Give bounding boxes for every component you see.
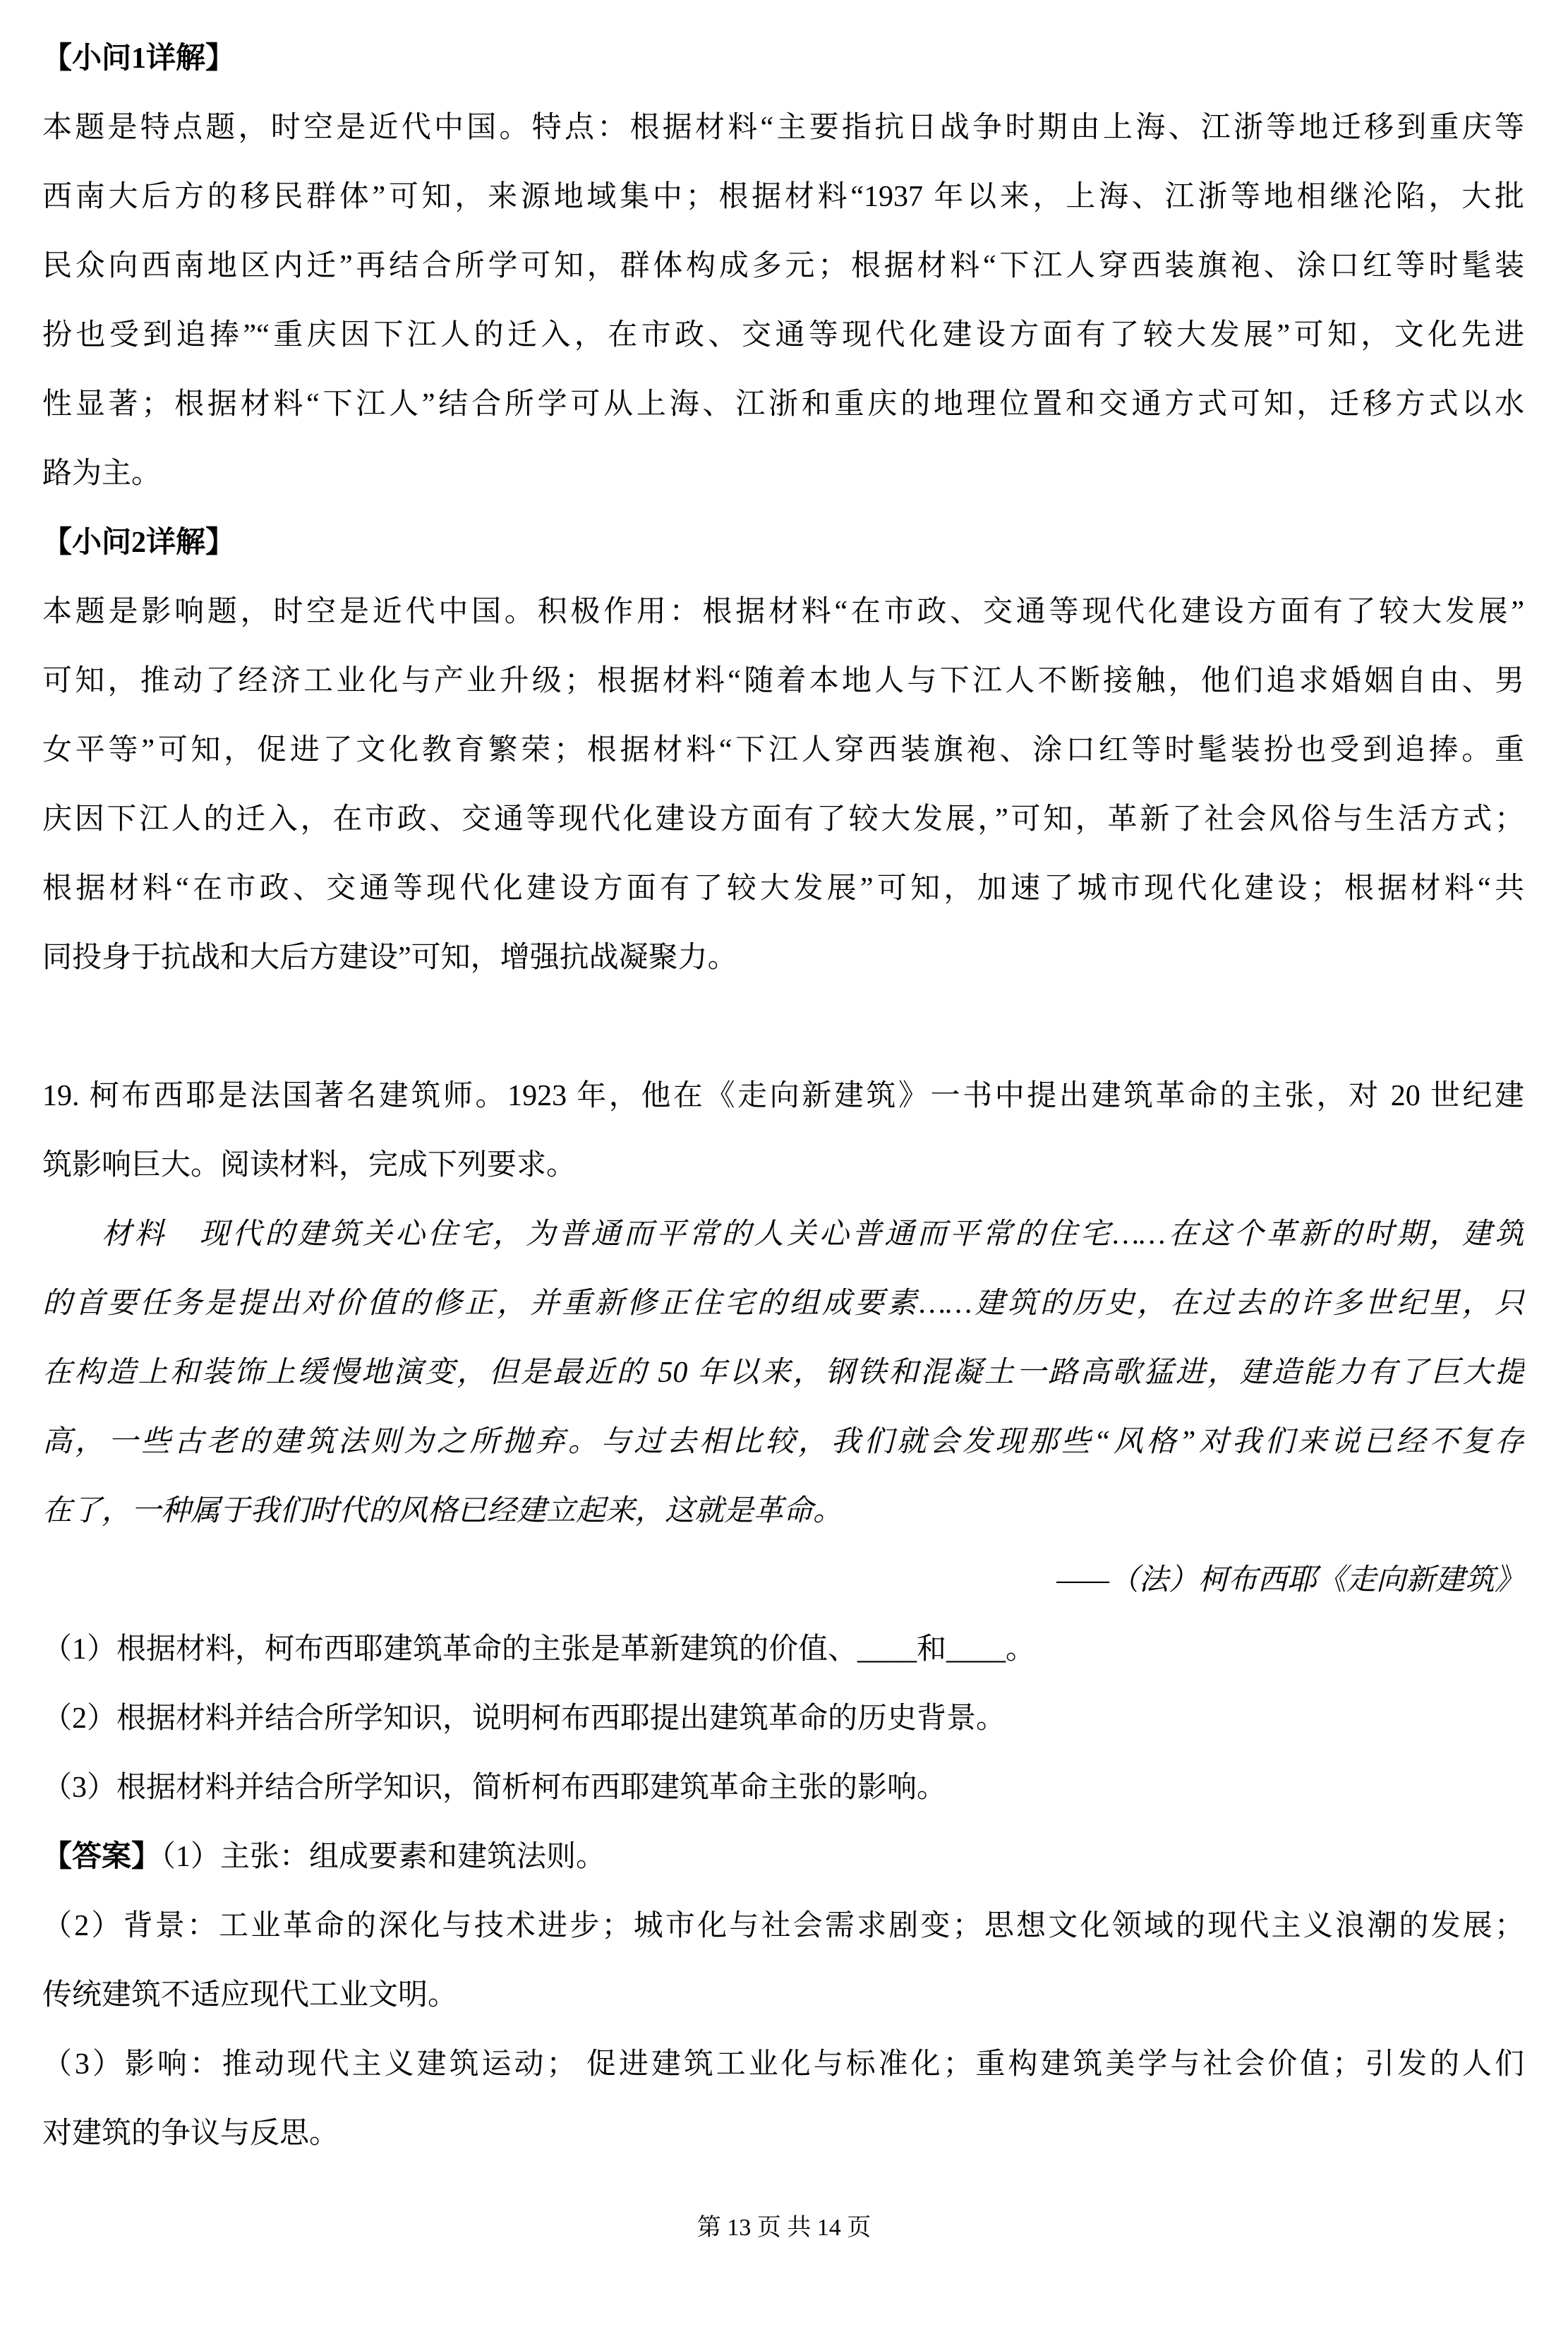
sub-question-3: （3）根据材料并结合所学知识，简析柯布西耶建筑革命主张的影响。 (42, 1753, 1524, 1822)
question19-intro-line-1: 19. 柯布西耶是法国著名建筑师。1923 年，他在《走向新建筑》一书中提出建筑… (42, 1061, 1524, 1131)
answer-line-4: （3）影响：推动现代主义建筑运动； 促进建筑工业化与标准化；重构建筑美学与社会价… (42, 2030, 1524, 2099)
answer-line-3: 传统建筑不适应现代工业文明。 (42, 1961, 1524, 2030)
explain2-line-2: 可知，推动了经济工业化与产业升级；根据材料“随着本地人与下江人不断接触，他们追求… (42, 646, 1524, 716)
explain1-line-1: 本题是特点题，时空是近代中国。特点：根据材料“主要指抗日战争时期由上海、江浙等地… (42, 93, 1524, 162)
explain2-line-6: 同投身于抗战和大后方建设”可知，增强抗战凝聚力。 (42, 923, 1524, 992)
answer-label: 【答案】 (42, 1841, 161, 1873)
explain2-line-4: 庆因下江人的迁入，在市政、交通等现代化建设方面有了较大发展，”可知，革新了社会风… (42, 785, 1524, 854)
material-attribution: ——（法）柯布西耶《走向新建筑》 (42, 1546, 1524, 1615)
sub-question-2: （2）根据材料并结合所学知识，说明柯布西耶提出建筑革命的历史背景。 (42, 1684, 1524, 1753)
answer-line-1: 【答案】（1）主张：组成要素和建筑法则。 (42, 1822, 1524, 1891)
explain2-line-5: 根据材料“在市政、交通等现代化建设方面有了较大发展”可知，加速了城市现代化建设；… (42, 854, 1524, 923)
material-line-4: 高，一些古老的建筑法则为之所抛弃。与过去相比较，我们就会发现那些“风格”对我们来… (42, 1407, 1524, 1476)
explain2-line-1: 本题是影响题，时空是近代中国。积极作用：根据材料“在市政、交通等现代化建设方面有… (42, 577, 1524, 646)
explain1-heading: 【小问1详解】 (42, 24, 1524, 93)
section-gap (42, 992, 1524, 1061)
material-line-2: 的首要任务是提出对价值的修正，并重新修正住宅的组成要素……建筑的历史，在过去的许… (42, 1269, 1524, 1338)
sub-question-1: （1）根据材料，柯布西耶建筑革命的主张是革新建筑的价值、____和____。 (42, 1615, 1524, 1684)
material-line-3: 在构造上和装饰上缓慢地演变，但是最近的 50 年以来，钢铁和混凝土一路高歌猛进，… (42, 1338, 1524, 1407)
question19-intro-line-2: 筑影响巨大。阅读材料，完成下列要求。 (42, 1131, 1524, 1200)
explain1-line-4: 扮也受到追捧”“重庆因下江人的迁入，在市政、交通等现代化建设方面有了较大发展”可… (42, 301, 1524, 370)
explain2-heading: 【小问2详解】 (42, 508, 1524, 577)
document-page: { "doc": { "explain1": { "heading": "【小问… (0, 0, 1568, 2346)
explain1-line-5: 性显著；根据材料“下江人”结合所学可从上海、江浙和重庆的地理位置和交通方式可知，… (42, 370, 1524, 439)
explain2-line-3: 女平等”可知，促进了文化教育繁荣；根据材料“下江人穿西装旗袍、涂口红等时髦装扮也… (42, 716, 1524, 785)
answer-first-text: （1）主张：组成要素和建筑法则。 (161, 1841, 605, 1873)
answer-line-5: 对建筑的争议与反思。 (42, 2099, 1524, 2168)
page-number-footer: 第 13 页 共 14 页 (0, 2210, 1568, 2346)
material-line-1: 材料 现代的建筑关心住宅，为普通而平常的人关心普通而平常的住宅……在这个革新的时… (42, 1200, 1524, 1269)
explain1-line-2: 西南大后方的移民群体”可知，来源地域集中；根据材料“1937 年以来，上海、江浙… (42, 162, 1524, 231)
material-line-5: 在了，一种属于我们时代的风格已经建立起来，这就是革命。 (42, 1476, 1524, 1546)
explain1-line-6: 路为主。 (42, 439, 1524, 508)
answer-line-2: （2）背景：工业革命的深化与技术进步；城市化与社会需求剧变；思想文化领域的现代主… (42, 1891, 1524, 1961)
page-content: 【小问1详解】 本题是特点题，时空是近代中国。特点：根据材料“主要指抗日战争时期… (0, 0, 1568, 2168)
explain1-line-3: 民众向西南地区内迁”再结合所学可知，群体构成多元；根据材料“下江人穿西装旗袍、涂… (42, 231, 1524, 301)
